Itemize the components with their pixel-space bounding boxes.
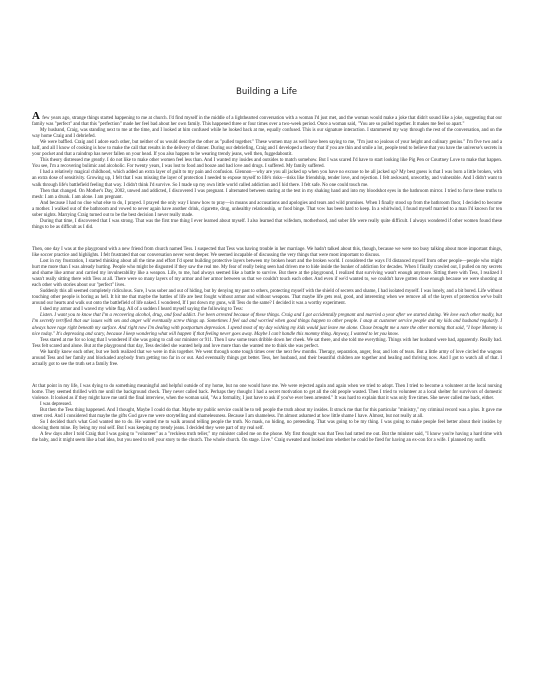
paragraph: But then the Tess thing happened. And I …	[32, 408, 502, 420]
document-body: A few years ago, strange things started …	[32, 113, 502, 444]
drop-cap: A	[32, 110, 40, 122]
paragraph: And because I had no clue what else to d…	[32, 201, 502, 219]
paragraph: A few days after I told Craig that I was…	[32, 432, 502, 444]
paragraph: During that time, I discovered that I wa…	[32, 219, 502, 231]
paragraph: My husband, Craig, was standing next to …	[32, 128, 502, 140]
paragraph: So I decided that's what God wanted me t…	[32, 420, 502, 432]
paragraph: This theory distressed me greatly. I do …	[32, 158, 502, 170]
section-separator: • • •	[32, 236, 502, 242]
page-title: Building a Life	[0, 87, 533, 97]
paragraph: We were baffled. Craig and I adore each …	[32, 140, 502, 158]
paragraph: Lost in my frustration, I started thinki…	[32, 259, 502, 289]
paragraph: Suddenly this all seemed completely ridi…	[32, 289, 502, 307]
paragraph: A few years ago, strange things started …	[32, 113, 502, 128]
paragraph: Tess stared at me for so long that I won…	[32, 338, 502, 350]
document-page: Building a Life A few years ago, strange…	[0, 0, 533, 692]
paragraph: At that point in my life, I was dying to…	[32, 384, 502, 402]
paragraph: I had a relatively magical childhood, wh…	[32, 170, 502, 188]
paragraph: Then, one day I was at the playground wi…	[32, 247, 502, 259]
section-separator: • • •	[32, 373, 502, 379]
paragraph: Then that changed. On Mother's Day, 2002…	[32, 189, 502, 201]
paragraph: We hardly knew each other, but we both r…	[32, 350, 502, 368]
block-quote: Listen. I want you to know that I'm a re…	[32, 313, 502, 337]
